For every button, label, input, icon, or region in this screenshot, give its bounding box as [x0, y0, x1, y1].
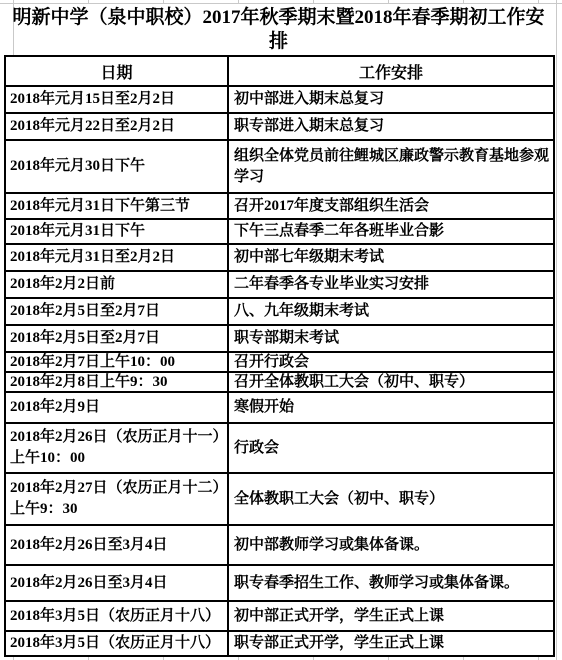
date-cell: 2018年元月15日至2月2日 [5, 86, 228, 113]
task-cell: 寒假开始 [228, 392, 554, 423]
task-cell: 下午三点春季二年各班毕业合影 [228, 219, 554, 244]
task-cell: 二年春季各专业毕业实习安排 [228, 271, 554, 298]
table-row: 2018年2月7日上午10：00召开行政会 [5, 352, 554, 372]
task-cell: 职专部进入期末总复习 [228, 113, 554, 140]
date-cell: 2018年3月5日（农历正月十八） [5, 601, 228, 631]
date-cell: 2018年2月2日前 [5, 271, 228, 298]
table-row: 2018年元月31日下午下午三点春季二年各班毕业合影 [5, 219, 554, 244]
date-cell: 2018年3月5日（农历正月十八） [5, 631, 228, 656]
task-cell: 召开全体教职工大会（初中、职专） [228, 372, 554, 392]
date-cell: 2018年2月8日上午9：30 [5, 372, 228, 392]
table-row: 2018年3月5日（农历正月十八）初中部正式开学，学生正式上课 [5, 601, 554, 631]
schedule-table: 日期 工作安排 2018年元月15日至2月2日初中部进入期末总复习2018年元月… [4, 55, 555, 657]
date-cell: 2018年元月22日至2月2日 [5, 113, 228, 140]
date-cell: 2018年2月26日（农历正月十一）上午10：00 [5, 423, 228, 473]
date-cell: 2018年2月26日至3月4日 [5, 565, 228, 601]
task-cell: 行政会 [228, 423, 554, 473]
date-cell: 2018年2月9日 [5, 392, 228, 423]
date-cell: 2018年2月26日至3月4日 [5, 525, 228, 565]
table-row: 2018年2月26日至3月4日职专春季招生工作、教师学习或集体备课。 [5, 565, 554, 601]
page-title: 明新中学（泉中职校）2017年秋季期末暨2018年春季期初工作安排 [4, 4, 553, 55]
table-row: 2018年元月22日至2月2日职专部进入期末总复习 [5, 113, 554, 140]
table-row: 2018年2月27日（农历正月十二）上午9：30全体教职工大会（初中、职专） [5, 473, 554, 525]
table-row: 2018年2月5日至2月7日职专部期末考试 [5, 325, 554, 352]
table-row: 2018年2月26日（农历正月十一）上午10：00行政会 [5, 423, 554, 473]
table-row: 2018年2月26日至3月4日初中部教师学习或集体备课。 [5, 525, 554, 565]
table-row: 2018年元月30日下午组织全体党员前往鲤城区廉政警示教育基地参观学习 [5, 140, 554, 193]
table-row: 2018年2月8日上午9：30召开全体教职工大会（初中、职专） [5, 372, 554, 392]
task-cell: 职专春季招生工作、教师学习或集体备课。 [228, 565, 554, 601]
task-cell: 组织全体党员前往鲤城区廉政警示教育基地参观学习 [228, 140, 554, 193]
task-cell: 八、九年级期末考试 [228, 298, 554, 325]
header-task: 工作安排 [228, 56, 554, 86]
task-cell: 初中部正式开学，学生正式上课 [228, 601, 554, 631]
date-cell: 2018年2月7日上午10：00 [5, 352, 228, 372]
task-cell: 初中部教师学习或集体备课。 [228, 525, 554, 565]
date-cell: 2018年2月27日（农历正月十二）上午9：30 [5, 473, 228, 525]
task-cell: 召开行政会 [228, 352, 554, 372]
table-row: 2018年2月5日至2月7日八、九年级期末考试 [5, 298, 554, 325]
task-cell: 召开2017年度支部组织生活会 [228, 193, 554, 219]
table-row: 2018年2月2日前二年春季各专业毕业实习安排 [5, 271, 554, 298]
task-cell: 职专部期末考试 [228, 325, 554, 352]
document-page: 明新中学（泉中职校）2017年秋季期末暨2018年春季期初工作安排 日期 工作安… [0, 0, 562, 660]
header-date: 日期 [5, 56, 228, 86]
table-row: 2018年元月31日下午第三节召开2017年度支部组织生活会 [5, 193, 554, 219]
date-cell: 2018年2月5日至2月7日 [5, 325, 228, 352]
table-row: 2018年元月31日至2月2日初中部七年级期末考试 [5, 244, 554, 271]
header-row: 日期 工作安排 [5, 56, 554, 86]
grid-line [556, 0, 557, 660]
task-cell: 职专部正式开学，学生正式上课 [228, 631, 554, 656]
task-cell: 初中部七年级期末考试 [228, 244, 554, 271]
date-cell: 2018年元月31日至2月2日 [5, 244, 228, 271]
task-cell: 全体教职工大会（初中、职专） [228, 473, 554, 525]
date-cell: 2018年元月30日下午 [5, 140, 228, 193]
date-cell: 2018年2月5日至2月7日 [5, 298, 228, 325]
date-cell: 2018年元月31日下午 [5, 219, 228, 244]
date-cell: 2018年元月31日下午第三节 [5, 193, 228, 219]
table-row: 2018年2月9日寒假开始 [5, 392, 554, 423]
task-cell: 初中部进入期末总复习 [228, 86, 554, 113]
table-row: 2018年元月15日至2月2日初中部进入期末总复习 [5, 86, 554, 113]
table-row: 2018年3月5日（农历正月十八）职专部正式开学，学生正式上课 [5, 631, 554, 656]
